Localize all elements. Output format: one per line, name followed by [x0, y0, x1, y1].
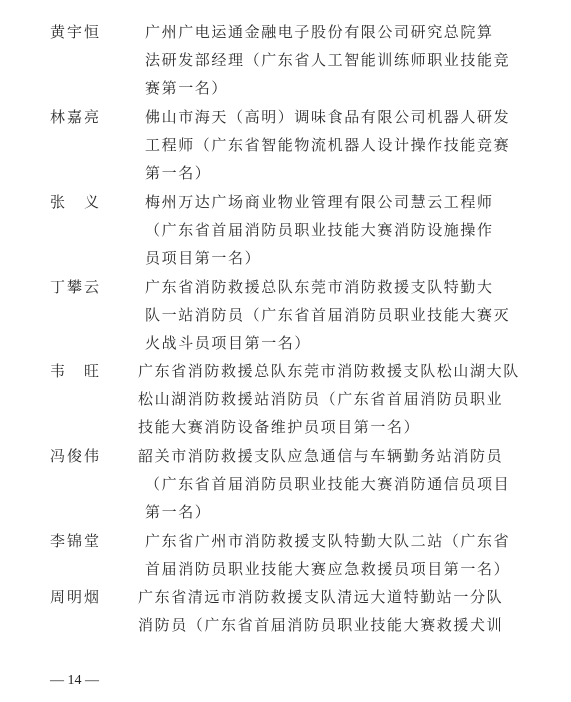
description-line: 广东省消防救援总队东莞市消防救援支队特勤大 — [145, 273, 497, 301]
recipient-name: 冯俊伟 — [50, 442, 130, 470]
description-line: 广东省清远市消防救援支队清远大道特勤站一分队 — [138, 583, 510, 611]
recipient-description: 梅州万达广场商业物业管理有限公司慧云工程师 （广东省首届消防员职业技能大赛消防设… — [145, 188, 497, 272]
description-line: 第一名） — [138, 498, 510, 526]
description-line: 首届消防员职业技能大赛应急救援员项目第一名） — [145, 555, 497, 583]
description-line: （广东省首届消防员职业技能大赛消防设施操作 — [145, 216, 497, 244]
description-line: 广东省消防救援总队东莞市消防救援支队松山湖大队 — [138, 357, 510, 385]
description-line: 韶关市消防救援支队应急通信与车辆勤务站消防员 — [138, 442, 510, 470]
recipient-description: 广东省广州市消防救援支队特勤大队二站（广东省 首届消防员职业技能大赛应急救援员项… — [145, 527, 497, 583]
description-line: 工程师（广东省智能物流机器人设计操作技能竞赛 — [145, 131, 497, 159]
description-line: 队一站消防员（广东省首届消防员职业技能大赛灭 — [145, 301, 497, 329]
recipient-description: 佛山市海天（高明）调味食品有限公司机器人研发 工程师（广东省智能物流机器人设计操… — [145, 103, 497, 187]
recipient-description: 广东省消防救援总队东莞市消防救援支队松山湖大队 松山湖消防救援站消防员（广东省首… — [138, 357, 510, 441]
description-line: 梅州万达广场商业物业管理有限公司慧云工程师 — [145, 188, 497, 216]
recipient-name: 黄宇恒 — [50, 18, 130, 46]
description-line: 第一名） — [145, 159, 497, 187]
recipient-name: 丁攀云 — [50, 273, 130, 301]
description-line: 松山湖消防救援站消防员（广东省首届消防员职业 — [138, 385, 510, 413]
description-line: 法研发部经理（广东省人工智能训练师职业技能竞 — [145, 46, 497, 74]
description-line: 火战斗员项目第一名） — [145, 329, 497, 357]
recipient-name: 林嘉亮 — [50, 103, 130, 131]
description-line: （广东省首届消防员职业技能大赛消防通信员项目 — [138, 470, 510, 498]
description-line: 员项目第一名） — [145, 244, 497, 272]
recipient-name: 韦 旺 — [50, 357, 130, 385]
description-line: 广州广电运通金融电子股份有限公司研究总院算 — [145, 18, 497, 46]
description-line: 消防员（广东省首届消防员职业技能大赛救援犬训 — [138, 611, 510, 639]
recipient-name: 周明烟 — [50, 583, 130, 611]
document-page: 黄宇恒 广州广电运通金融电子股份有限公司研究总院算 法研发部经理（广东省人工智能… — [0, 0, 571, 702]
recipient-description: 广东省清远市消防救援支队清远大道特勤站一分队 消防员（广东省首届消防员职业技能大… — [138, 583, 510, 639]
description-line: 赛第一名） — [145, 74, 497, 102]
page-number: — 14 — — [50, 673, 99, 689]
description-line: 广东省广州市消防救援支队特勤大队二站（广东省 — [145, 527, 497, 555]
description-line: 技能大赛消防设备维护员项目第一名） — [138, 413, 510, 441]
recipient-name: 李锦堂 — [50, 527, 130, 555]
recipient-description: 韶关市消防救援支队应急通信与车辆勤务站消防员 （广东省首届消防员职业技能大赛消防… — [138, 442, 510, 526]
recipient-description: 广东省消防救援总队东莞市消防救援支队特勤大 队一站消防员（广东省首届消防员职业技… — [145, 273, 497, 357]
recipient-name: 张 义 — [50, 188, 130, 216]
description-line: 佛山市海天（高明）调味食品有限公司机器人研发 — [145, 103, 497, 131]
recipient-description: 广州广电运通金融电子股份有限公司研究总院算 法研发部经理（广东省人工智能训练师职… — [145, 18, 497, 102]
